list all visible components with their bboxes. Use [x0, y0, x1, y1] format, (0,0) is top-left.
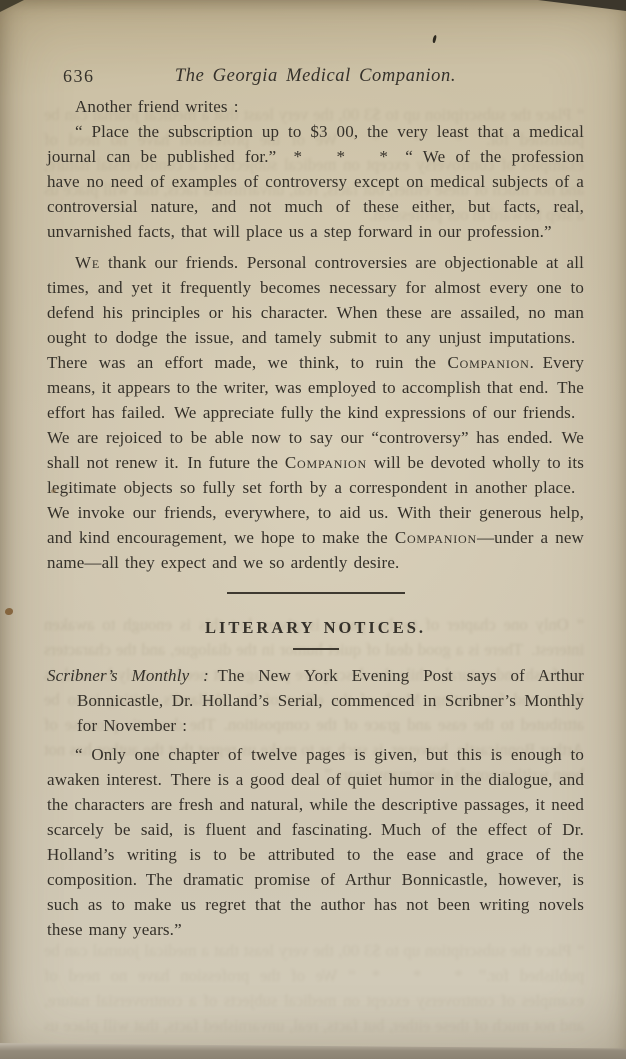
running-title: The Georgia Medical Companion. [47, 66, 584, 87]
paragraph-editorial: We thank our friends. Personal controver… [47, 250, 584, 575]
page-bottom-edge [0, 1041, 626, 1059]
page-content: 636 The Georgia Medical Companion. Anoth… [47, 66, 584, 942]
literary-notices-heading: LITERARY NOTICES. [47, 615, 584, 640]
heading-underline-rule [293, 648, 339, 650]
scanned-book-page: “ Place the subscription up to $3 00, th… [0, 0, 626, 1059]
stain-speck-small [51, 489, 56, 493]
scan-corner-top-right [538, 0, 626, 11]
scan-corner-top-left [0, 0, 24, 12]
ink-speck-mark [432, 35, 437, 44]
stain-speck [5, 608, 13, 615]
section-divider-rule [227, 592, 405, 594]
bleed-through-text: “ Place the subscription up to $3 00, th… [44, 938, 584, 1034]
paragraph-scribner-notice: Scribner’s Monthly : The New York Evenin… [47, 663, 584, 738]
paragraph-subscription-quote: “ Place the subscription up to $3 00, th… [47, 119, 584, 244]
paragraph-review-quote: “ Only one chapter of twelve pages is gi… [47, 742, 584, 942]
paragraph-intro: Another friend writes : [47, 94, 584, 119]
page-header: 636 The Georgia Medical Companion. [47, 66, 584, 94]
